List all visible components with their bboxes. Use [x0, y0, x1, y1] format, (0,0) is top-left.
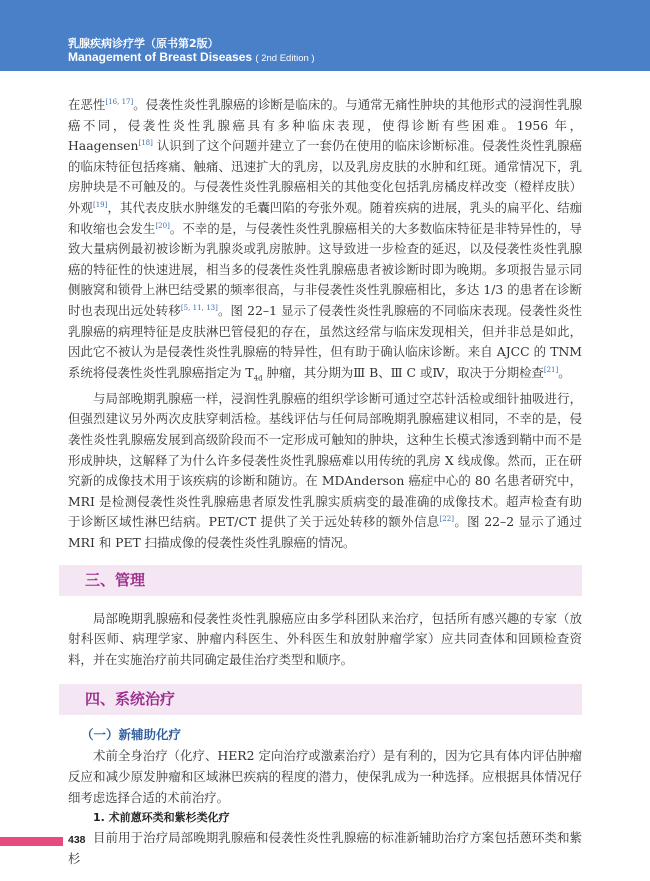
citation: [16, 17] [105, 98, 133, 106]
item-heading-anthracycline-taxane: 1. 术前蒽环类和紫杉类化疗 [68, 808, 582, 828]
book-title-chinese: 乳腺疾病诊疗学（原书第2版） [68, 35, 219, 51]
book-edition: ( 2nd Edition ) [255, 53, 314, 64]
paragraph-histology: 与局部晚期乳腺癌一样，浸润性乳腺癌的组织学诊断可通过空芯针活检或细针抽吸进行，但… [68, 389, 582, 554]
paragraph-diagnosis: 在恶性[16, 17]。侵袭性炎性乳腺癌的诊断是临床的。与通常无痛性肿块的其他形… [68, 95, 582, 389]
subsection-heading-neoadjuvant: （一）新辅助化疗 [68, 724, 582, 746]
paragraph-neoadjuvant: 术前全身治疗（化疗、HER2 定向治疗或激素治疗）是有利的，因为它具有体内评估肿… [68, 746, 582, 808]
page-number: 438 [68, 834, 86, 846]
citation: [19] [93, 201, 107, 209]
citation: [20] [155, 222, 169, 230]
paragraph-standard-regimen: 目前用于治疗局部晚期乳腺癌和侵袭性炎性乳腺癌的标准新辅助治疗方案包括蒽环类和紫杉 [68, 828, 582, 869]
section-heading-management: 三、管理 [59, 565, 582, 596]
tumor-stage-subscript: 4d [254, 374, 263, 382]
page-content: 在恶性[16, 17]。侵袭性炎性乳腺癌的诊断是临床的。与通常无痛性肿块的其他形… [68, 95, 582, 869]
footer-accent-bar [0, 837, 63, 846]
citation: [21] [544, 366, 558, 374]
section-heading-systemic-therapy: 四、系统治疗 [59, 684, 582, 715]
paragraph-management: 局部晚期乳腺癌和侵袭性炎性乳腺癌应由多学科团队来治疗，包括所有感兴趣的专家（放射… [68, 609, 582, 671]
citation: [22] [440, 515, 454, 523]
citation: [18] [139, 139, 153, 147]
page-header: 乳腺疾病诊疗学（原书第2版） Management of Breast Dise… [0, 0, 650, 71]
book-title-english: Management of Breast Diseases ( 2nd Edit… [68, 50, 315, 64]
citation: [5, 11, 13] [181, 304, 218, 312]
book-title-english-main: Management of Breast Diseases [68, 50, 252, 64]
